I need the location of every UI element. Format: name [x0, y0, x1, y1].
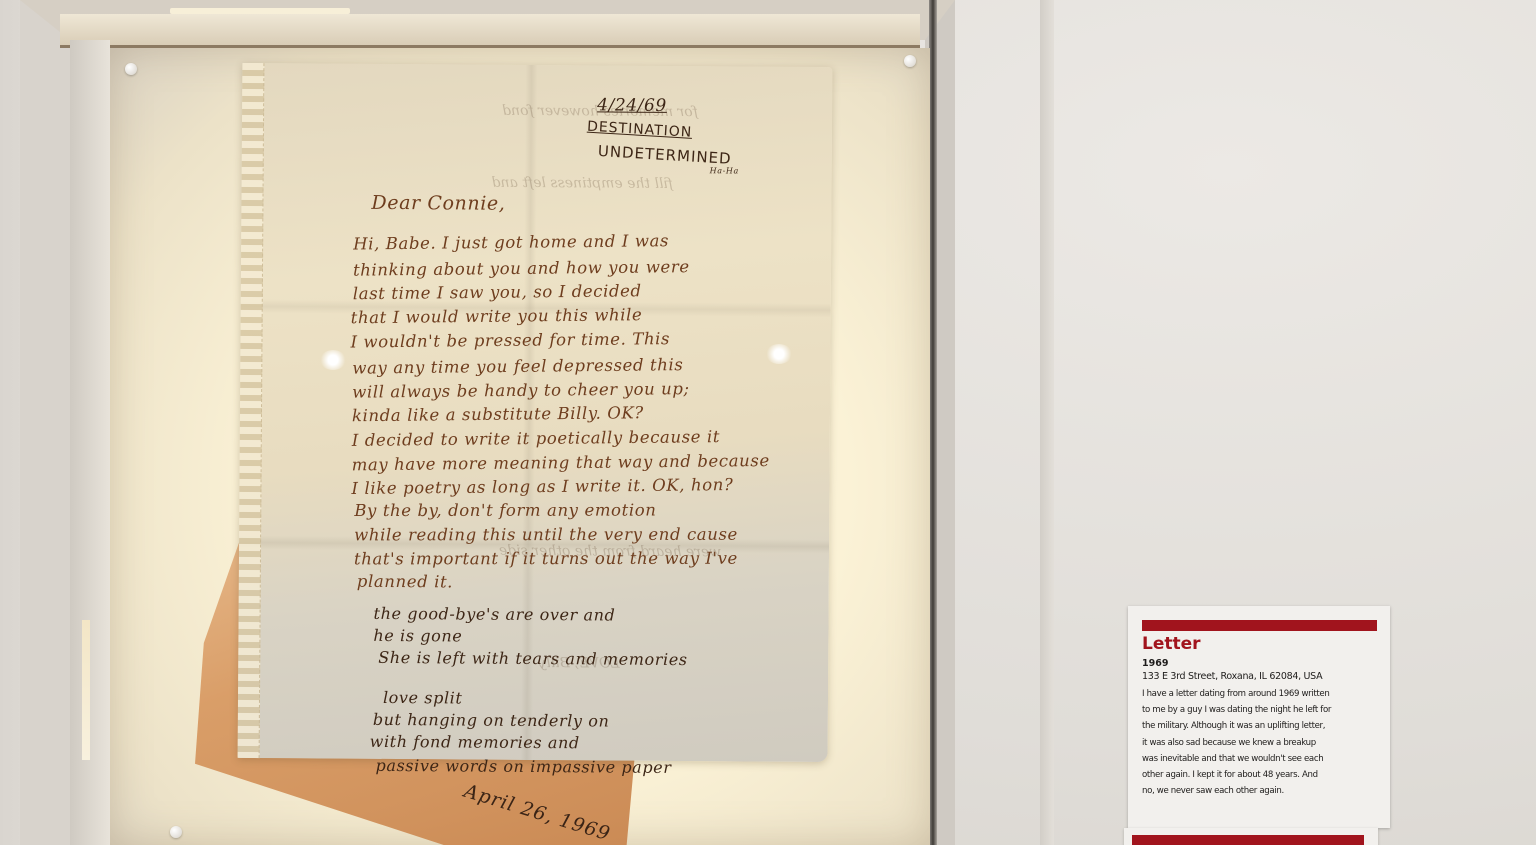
salutation: Dear Connie, [371, 192, 505, 215]
placard-line: other again. I kept it for about 48 year… [1142, 767, 1378, 783]
poem-line: passive words on impassive paper [375, 756, 671, 777]
poem-line: but hanging on tenderly on [373, 710, 610, 731]
letter-line: that's important if it turns out the way… [354, 549, 738, 569]
mounting-pin-icon [904, 55, 916, 67]
placard-address: 133 E 3rd Street, Roxana, IL 62084, USA [1142, 671, 1378, 682]
poem-line: with fond memories and [370, 732, 580, 752]
case-top-rail [60, 14, 920, 48]
letter-line: I wouldn't be pressed for time. This [350, 329, 670, 351]
wall-corner-edge [1040, 0, 1054, 845]
case-top-reflection [170, 8, 350, 14]
letter-line: I decided to write it poetically because… [352, 427, 720, 450]
placard-line: to me by a guy I was dating the night he… [1142, 702, 1378, 718]
case-side-panel [70, 40, 110, 845]
letter-line: Hi, Babe. I just got home and I was [353, 231, 669, 253]
poem-line: She is left with tears and memories [378, 648, 687, 669]
show-through-writing: fill the emptiness left and [492, 175, 673, 192]
next-exhibit-placard [1124, 828, 1378, 845]
spiral-perforation-edge [238, 63, 265, 758]
letter-date: 4/24/69 [597, 95, 667, 115]
light-glare [766, 344, 792, 364]
letter-line: may have more meaning that way and becau… [352, 451, 770, 474]
destination-line-1: DESTINATION [587, 119, 693, 141]
letter-line: while reading this until the very end ca… [354, 525, 738, 545]
letter-line: thinking about you and how you were [353, 257, 690, 280]
letter-line: I like poetry as long as I write it. OK,… [351, 475, 733, 498]
placard-line: no, we never saw each other again. [1142, 783, 1378, 799]
exhibit-placard: Letter 1969 133 E 3rd Street, Roxana, IL… [1128, 606, 1390, 828]
placard-accent-bar [1142, 620, 1377, 631]
case-side-reflection [82, 620, 90, 760]
placard-line: I have a letter dating from around 1969 … [1142, 686, 1378, 702]
letter-line: By the by, don't form any emotion [354, 501, 656, 521]
letter-line: that I would write you this while [351, 305, 643, 327]
destination-line-2: UNDETERMINED [597, 142, 732, 168]
mounting-pin-icon [170, 826, 182, 838]
destination-note: Ha-Ha [710, 166, 739, 175]
placard-year: 1969 [1142, 658, 1378, 669]
placard-line: it was also sad because we knew a breaku… [1142, 735, 1378, 751]
letter-line: kinda like a substitute Billy. OK? [352, 403, 644, 425]
placard-title: Letter [1142, 634, 1378, 654]
mounting-pin-icon [125, 63, 137, 75]
poem-line: he is gone [373, 626, 462, 646]
letter-line: way any time you feel depressed this [352, 355, 683, 377]
case-right-edge [929, 0, 937, 845]
letter-line: last time I saw you, so I decided [353, 281, 642, 303]
placard-description: I have a letter dating from around 1969 … [1142, 686, 1378, 799]
placard-line: was inevitable and that we wouldn't see … [1142, 751, 1378, 767]
placard-accent-bar [1132, 835, 1364, 845]
poem-line: the good-bye's are over and [374, 604, 616, 625]
letter-line: will always be handy to cheer you up; [352, 379, 690, 402]
poem-line: love split [383, 688, 463, 708]
letter-line: planned it. [357, 572, 453, 592]
placard-line: the military. Although it was an uplifti… [1142, 718, 1378, 734]
light-glare [320, 350, 346, 370]
handwritten-letter: for memories however fond fill the empti… [238, 63, 833, 762]
